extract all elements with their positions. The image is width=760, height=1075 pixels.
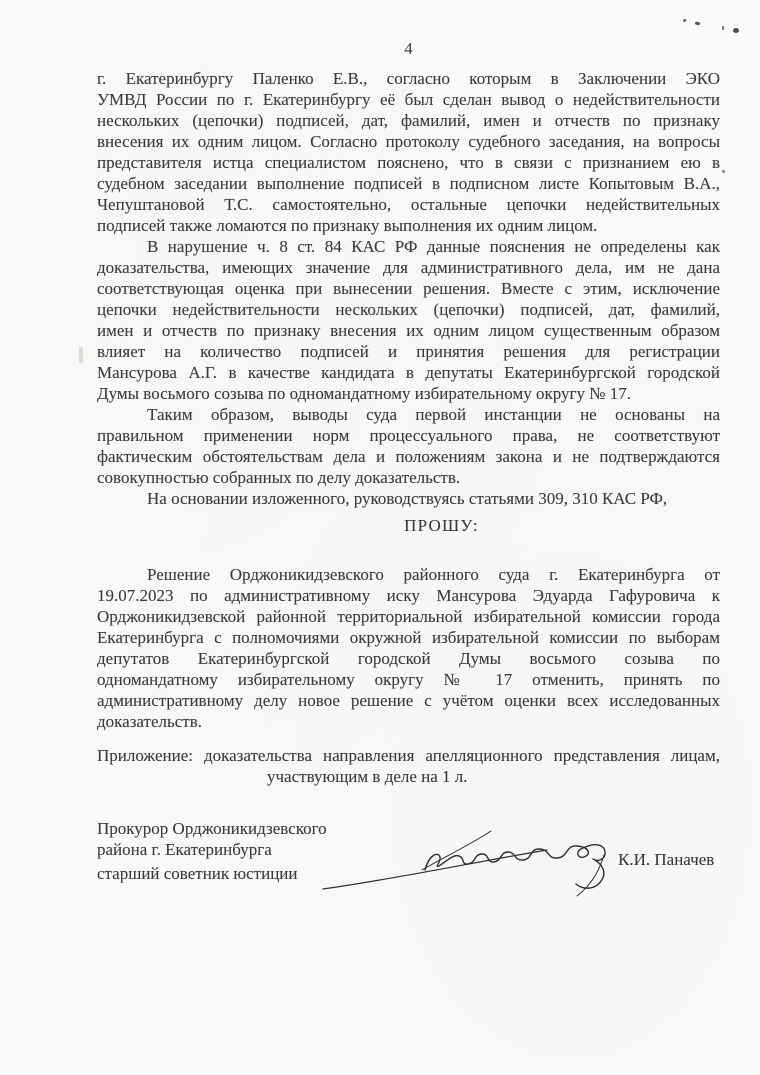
scan-speck [722,170,725,173]
text-line: представителя истца специалистом пояснен… [97,152,720,173]
text-line: депутатов Екатеринбургской городской Дум… [97,648,720,669]
text-line: влияет на количество подписей и принятия… [97,341,720,362]
scan-smudge [79,347,83,363]
paragraph-3: Таким образом, выводы суда первой инстан… [97,404,720,488]
text-line: участвующим в деле на 1 л. [267,766,720,787]
text-block: 4 г. Екатеринбургу Паленко Е.В., согласн… [97,0,720,884]
paragraph-4: На основании изложенного, руководствуясь… [97,488,720,509]
signature-diagonal-stroke [422,831,491,870]
page-number: 4 [97,38,720,59]
text-line: доказательства, имеющих значение для адм… [97,257,720,278]
text-line: В нарушение ч. 8 ст. 84 КАС РФ данные по… [97,236,720,257]
text-line: Думы восьмого созыва по одномандатному и… [97,383,720,404]
text-line: УМВД России по г. Екатеринбургу её был с… [97,89,720,110]
text-line: фактическим обстоятельствам дела и полож… [97,446,720,467]
paragraph-1: г. Екатеринбургу Паленко Е.В., согласно … [97,68,720,236]
text-line: одномандатному избирательному округу № 1… [97,669,720,690]
text-line: внесения их одним лицом. Согласно проток… [97,131,720,152]
text-line: имен и отчеств по признаку внесения их о… [97,320,720,341]
scan-speck [722,26,724,30]
text-line: подписей также ломаются по признаку выпо… [97,215,720,236]
text-line: Орджоникидзевской районной территориальн… [97,606,720,627]
text-line: нескольких (цепочки) подписей, дат, фами… [97,110,720,131]
text-line: совокупностью собранных по делу доказате… [97,467,720,488]
handwritten-signature [315,810,620,900]
signature-underline-stroke [323,850,547,889]
text-line: На основании изложенного, руководствуясь… [97,488,720,509]
text-line: Екатеринбурга с полномочиями окружной из… [97,627,720,648]
text-line: административному делу новое решение с у… [97,690,720,711]
text-line: правильном применении норм процессуально… [97,425,720,446]
paragraph-5: Решение Орджоникидзевского районного суд… [97,564,720,732]
scanned-page: 4 г. Екатеринбургу Паленко Е.В., согласн… [0,0,760,1075]
text-line: доказательств. [97,711,720,732]
text-line: г. Екатеринбургу Паленко Е.В., согласно … [97,68,720,89]
request-heading: ПРОШУ: [130,515,753,536]
text-line: Чепуштановой Т.С. самостоятельно, осталь… [97,194,720,215]
text-line: Таким образом, выводы суда первой инстан… [97,404,720,425]
text-line: судебном заседании выполнение подписей в… [97,173,720,194]
text-line: Мансурова А.Г. в качестве кандидата в де… [97,362,720,383]
paragraph-2: В нарушение ч. 8 ст. 84 КАС РФ данные по… [97,236,720,404]
attachment-note: Приложение: доказательства направления а… [97,745,720,787]
text-line: 19.07.2023 по административному иску Ман… [97,585,720,606]
signature-tail-stroke [577,855,604,896]
text-line: Приложение: доказательства направления а… [97,745,720,766]
text-line: цепочки недействительности нескольких (ц… [97,299,720,320]
text-line: Решение Орджоникидзевского районного суд… [97,564,720,585]
text-line: соответствующая оценка при вынесении реш… [97,278,720,299]
signatory-name: К.И. Паначев [618,849,714,870]
signature-loops-stroke [425,845,605,888]
scan-speck [733,28,739,33]
